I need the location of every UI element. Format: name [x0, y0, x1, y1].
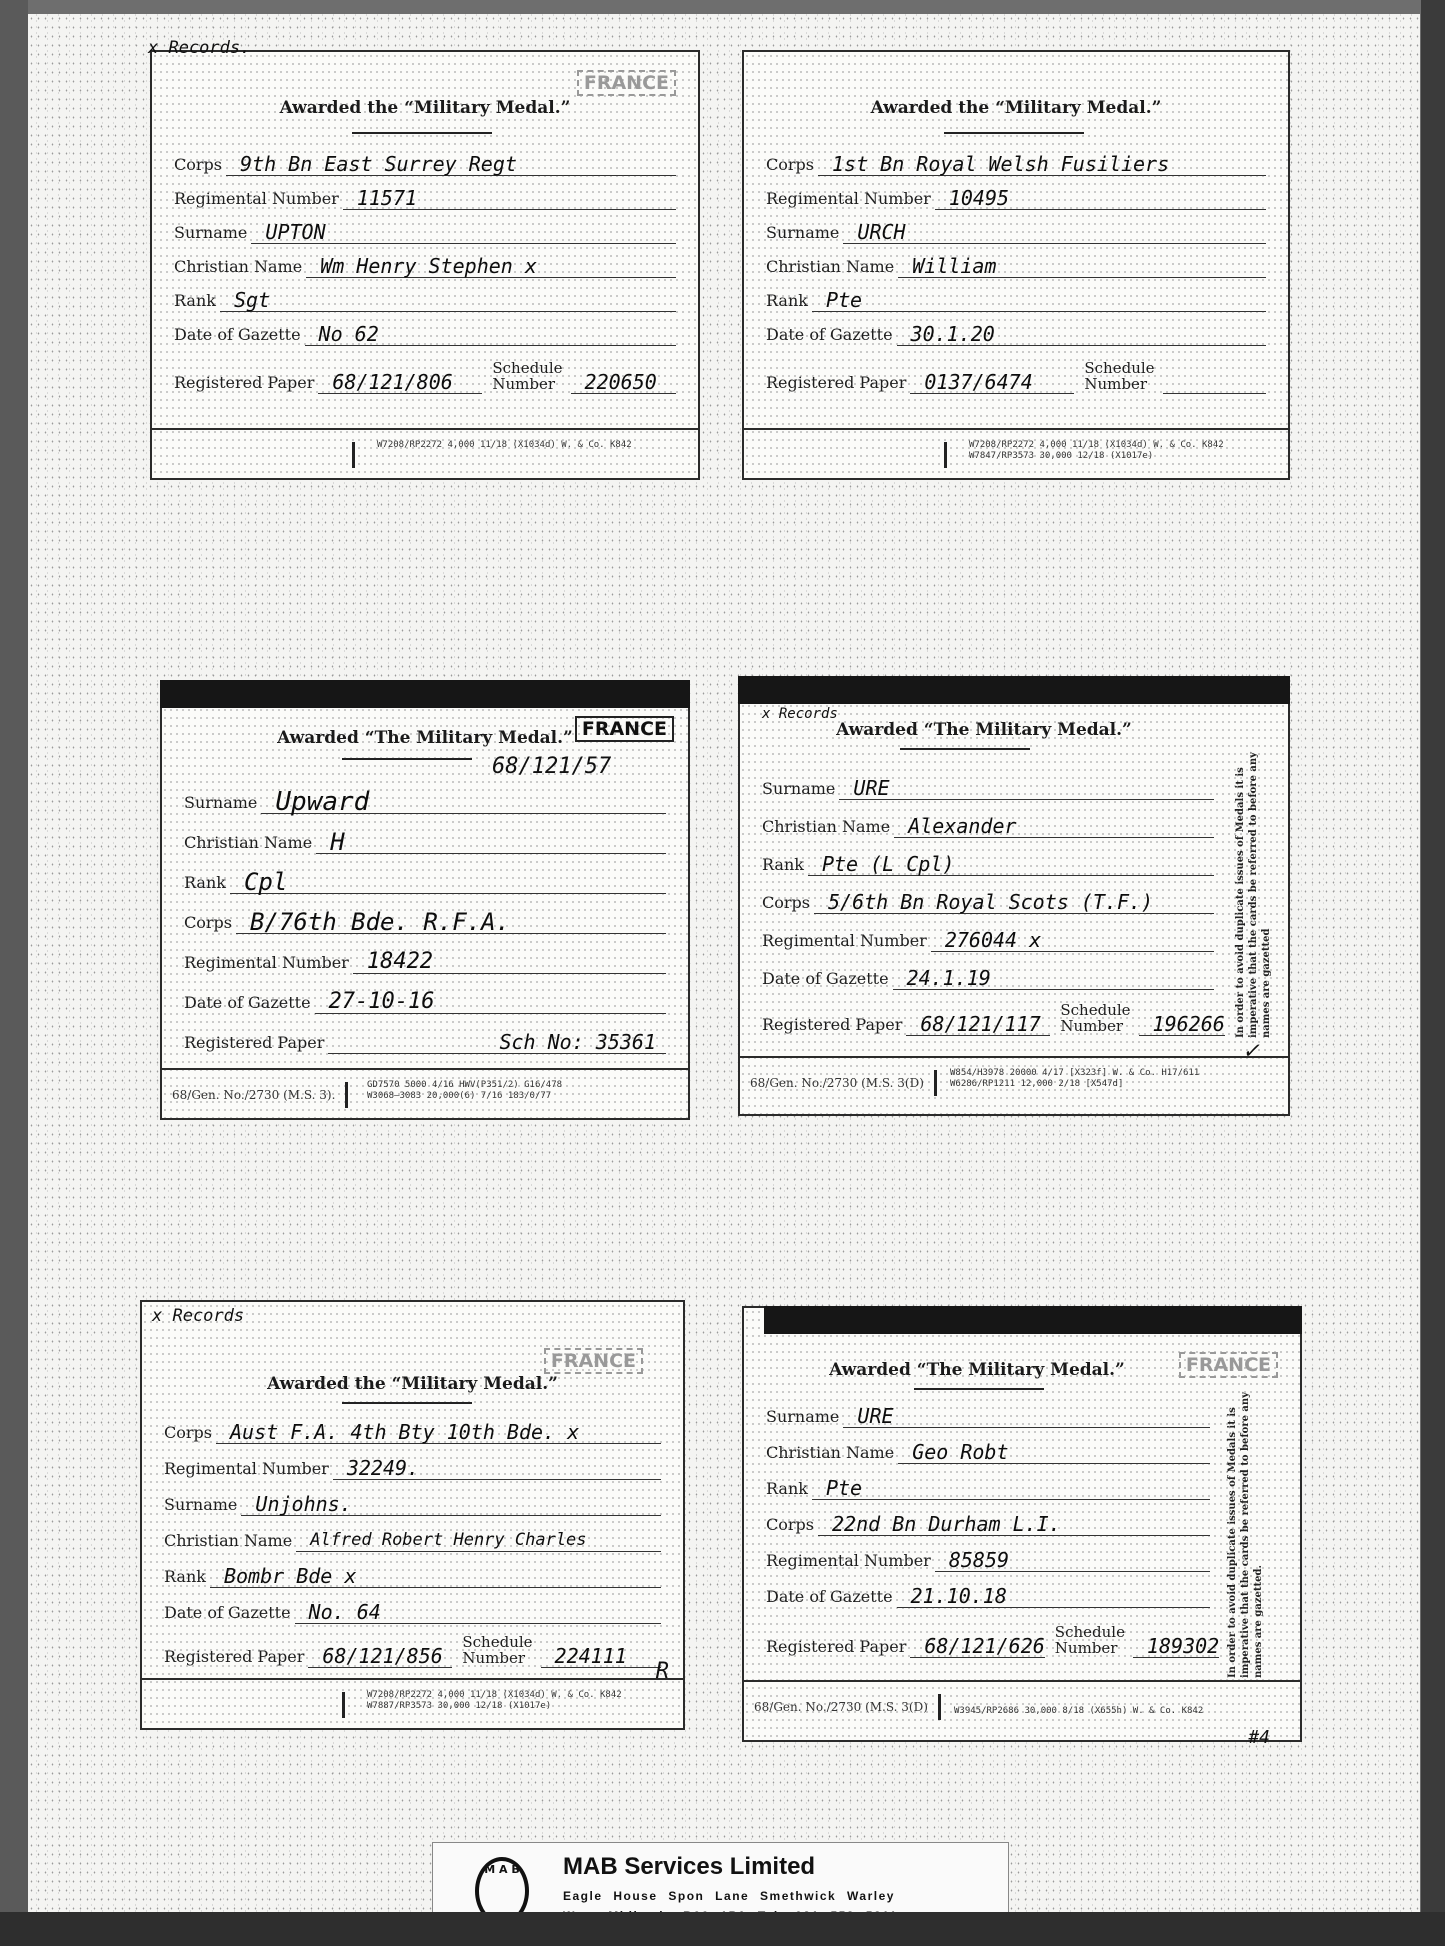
- scan-border-right: [1421, 0, 1445, 1946]
- regimental-number-value: 32249.: [333, 1457, 661, 1480]
- france-stamp: FRANCE: [544, 1348, 643, 1374]
- duplicate-warning-note: In order to avoid duplicate issues of Me…: [1226, 1388, 1266, 1678]
- registered-paper-value: Sch No: 35361: [328, 1031, 666, 1054]
- registered-paper-value: 68/121/117: [906, 1013, 1050, 1036]
- card-title: Awarded the “Military Medal.”: [142, 1374, 683, 1394]
- surname-value: URCH: [843, 221, 1266, 244]
- corps-value: 9th Bn East Surrey Regt: [226, 153, 676, 176]
- surname-value: Unjohns.: [241, 1493, 661, 1516]
- medal-card-ure-alexander: x Records Awarded “The Military Medal.” …: [738, 676, 1290, 1116]
- card-footer: 68/Gen. No./2730 (M.S. 3(D) W3945/RP2686…: [744, 1680, 1300, 1740]
- rank-value: Pte (L Cpl): [808, 853, 1214, 876]
- card-title: Awarded the “Military Medal.”: [744, 98, 1288, 118]
- corps-value: 5/6th Bn Royal Scots (T.F.): [814, 891, 1214, 914]
- schedule-number-value: 189302: [1133, 1635, 1219, 1658]
- france-stamp: FRANCE: [577, 70, 676, 96]
- registered-paper-value: 68/121/626: [910, 1635, 1044, 1658]
- regimental-number-value: 11571: [343, 187, 676, 210]
- gazette-date-value: No 62: [305, 323, 676, 346]
- surname-value: URE: [843, 1405, 1210, 1428]
- card-footer: W7208/RP2272 4,000 11/18 (X1034d) W. & C…: [152, 428, 698, 478]
- duplicate-warning-note: In order to avoid duplicate issues of Me…: [1234, 738, 1274, 1038]
- item-number-mark: #4: [1248, 1727, 1270, 1748]
- regimental-number-value: 10495: [935, 187, 1266, 210]
- regimental-number-value: 18422: [353, 951, 666, 974]
- regimental-number-value: 276044 x: [931, 929, 1214, 952]
- rank-value: Sgt: [220, 289, 676, 312]
- card-title: Awarded “The Military Medal.”: [162, 728, 688, 748]
- surname-value: URE: [839, 777, 1214, 800]
- card-title: Awarded the “Military Medal.”: [152, 98, 698, 118]
- schedule-number-value: 196266: [1139, 1013, 1225, 1036]
- medal-card-upward: FRANCE Awarded “The Military Medal.” 68/…: [160, 680, 690, 1120]
- records-note: x Records.: [148, 38, 250, 58]
- scan-border-left: [0, 0, 28, 1946]
- records-note: x Records: [152, 1306, 244, 1326]
- christian-name-value: Wm Henry Stephen x: [306, 255, 676, 278]
- christian-name-value: Alexander: [894, 815, 1214, 838]
- christian-name-value: William: [898, 255, 1266, 278]
- christian-name-value: H: [316, 831, 666, 854]
- surname-value: UPTON: [251, 221, 676, 244]
- regimental-number-value: 85859: [935, 1549, 1210, 1572]
- gazette-date-value: 21.10.18: [897, 1585, 1210, 1608]
- gazette-date-value: No. 64: [295, 1601, 661, 1624]
- scan-border-bottom: [0, 1912, 1445, 1946]
- medal-card-unjohns: x Records FRANCE Awarded the “Military M…: [140, 1300, 685, 1730]
- medal-card-upton: x Records. FRANCE Awarded the “Military …: [150, 50, 700, 480]
- card-black-band: [160, 680, 690, 708]
- corps-value: Aust F.A. 4th Bty 10th Bde. x: [216, 1421, 661, 1444]
- medal-card-ure-geo: FRANCE Awarded “The Military Medal.” Sur…: [742, 1306, 1302, 1742]
- medal-card-urch: Awarded the “Military Medal.” Corps1st B…: [742, 50, 1290, 480]
- christian-name-value: Geo Robt: [898, 1441, 1210, 1464]
- christian-name-value: Alfred Robert Henry Charles: [296, 1529, 661, 1552]
- registered-paper-value: 68/121/856: [308, 1645, 452, 1668]
- rank-value: Bombr Bde x: [210, 1565, 661, 1588]
- card-footer: W7208/RP2272 4,000 11/18 (X1034d) W. & C…: [142, 1678, 683, 1728]
- schedule-number-value: [1163, 393, 1266, 394]
- card-title: Awarded “The Military Medal.”: [744, 1360, 1210, 1380]
- card-black-band: [738, 676, 1290, 704]
- card-footer: W7208/RP2272 4,000 11/18 (X1034d) W. & C…: [744, 428, 1288, 478]
- gazette-date-value: 27-10-16: [315, 991, 666, 1014]
- corps-value: 1st Bn Royal Welsh Fusiliers: [818, 153, 1266, 176]
- card-footer: 68/Gen. No./2730 (M.S. 3(D) W854/H3978 2…: [740, 1056, 1288, 1114]
- registered-paper-value: 68/121/806: [318, 371, 482, 394]
- publisher-address-line1: Eagle House Spon Lane Smethwick Warley: [563, 1889, 895, 1903]
- registered-paper-value: 0137/6474: [910, 371, 1074, 394]
- card-title: Awarded “The Military Medal.”: [740, 720, 1228, 740]
- rank-value: Pte: [812, 289, 1266, 312]
- card-black-band: [764, 1306, 1302, 1334]
- card-footer: 68/Gen. No./2730 (M.S. 3). GD7570 5000 4…: [162, 1068, 688, 1118]
- registered-annotation: 68/121/57: [492, 754, 611, 779]
- rank-value: Pte: [812, 1477, 1210, 1500]
- gazette-date-value: 30.1.20: [897, 323, 1266, 346]
- surname-value: Upward: [261, 791, 666, 814]
- rank-value: Cpl: [230, 871, 666, 894]
- publisher-name: MAB Services Limited: [563, 1853, 815, 1881]
- schedule-number-value: 224111: [541, 1645, 661, 1668]
- corps-value: B/76th Bde. R.F.A.: [236, 911, 666, 934]
- corps-value: 22nd Bn Durham L.I.: [818, 1513, 1210, 1536]
- gazette-date-value: 24.1.19: [893, 967, 1214, 990]
- schedule-number-value: 220650: [571, 371, 676, 394]
